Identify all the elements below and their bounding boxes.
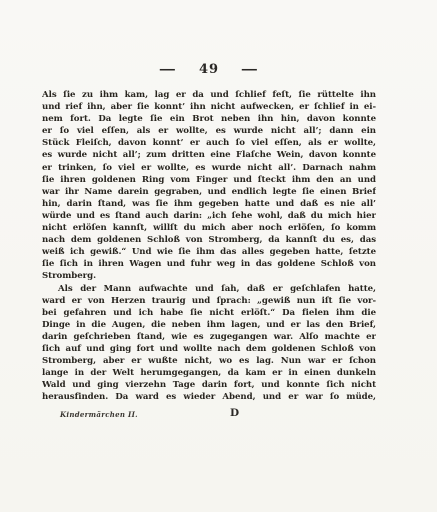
text-line: war ihr Name darein gegraben, und endlic… bbox=[42, 186, 376, 198]
text-line: hin, darin ſtand, was ſie ihm gegeben ha… bbox=[42, 198, 376, 210]
text-line: herausfinden. Da ward es wieder Abend, u… bbox=[42, 391, 376, 403]
text-line: Als ſie zu ihm kam, lag er da und ſchlie… bbox=[42, 89, 376, 101]
text-line: ſich auf und ging fort und wollte nach d… bbox=[42, 343, 376, 355]
text-line: er trinken, ſo viel er wollte, es wurde … bbox=[42, 162, 376, 174]
running-head: — 49 — bbox=[42, 62, 376, 77]
text-line: bei gefahren und ich habe ſie nicht erlö… bbox=[42, 307, 376, 319]
text-line: Stromberg. bbox=[42, 270, 376, 282]
book-page-scan: — 49 — Als ſie zu ihm kam, lag er da und… bbox=[0, 0, 437, 512]
text-line: weiß ich gewiß.“ Und wie ſie ihm das all… bbox=[42, 246, 376, 258]
text-line: Als der Mann aufwachte und ſah, daß er g… bbox=[42, 283, 376, 295]
page-footer: Kindermärchen II. D bbox=[42, 407, 376, 421]
text-line: nicht erlöſen kannſt, willſt du mich abe… bbox=[42, 222, 376, 234]
text-line: nem fort. Da legte ſie ein Brot neben ih… bbox=[42, 113, 376, 125]
body-text: Als ſie zu ihm kam, lag er da und ſchlie… bbox=[42, 89, 376, 403]
text-line: ſie ihren goldenen Ring vom Finger und ſ… bbox=[42, 174, 376, 186]
text-line: Dinge in die Augen, die neben ihm lagen,… bbox=[42, 319, 376, 331]
text-line: darin geſchrieben ſtand, wie es zugegang… bbox=[42, 331, 376, 343]
paragraph-new: Als der Mann aufwachte und ſah, daß er g… bbox=[42, 283, 376, 404]
text-line: Stück Fleiſch, davon konnt’ er auch ſo v… bbox=[42, 137, 376, 149]
header-dash-right: — bbox=[241, 62, 259, 77]
text-line: würde und es ſtand auch darin: „ich ſehe… bbox=[42, 210, 376, 222]
text-line: ſie ſich in ihren Wagen und fuhr weg in … bbox=[42, 258, 376, 270]
sheet-signature-mark: D bbox=[230, 407, 239, 419]
text-line: Wald und ging vierzehn Tage darin fort, … bbox=[42, 379, 376, 391]
text-line: und rief ihn, aber ſie konnt’ ihn nicht … bbox=[42, 101, 376, 113]
paragraph-continuation: Als ſie zu ihm kam, lag er da und ſchlie… bbox=[42, 89, 376, 283]
page-number: 49 bbox=[199, 62, 219, 77]
text-line: ward er von Herzen traurig und ſprach: „… bbox=[42, 295, 376, 307]
volume-signature-label: Kindermärchen II. bbox=[60, 410, 138, 419]
text-line: lange in der Welt herumgegangen, da kam … bbox=[42, 367, 376, 379]
text-line: nach dem goldenen Schloß von Stromberg, … bbox=[42, 234, 376, 246]
text-line: Stromberg, aber er wußte nicht, wo es la… bbox=[42, 355, 376, 367]
text-line: es wurde nicht all’; zum dritten eine Fl… bbox=[42, 149, 376, 161]
header-dash-left: — bbox=[159, 62, 177, 77]
text-line: er ſo viel eſſen, als er wollte, es wurd… bbox=[42, 125, 376, 137]
